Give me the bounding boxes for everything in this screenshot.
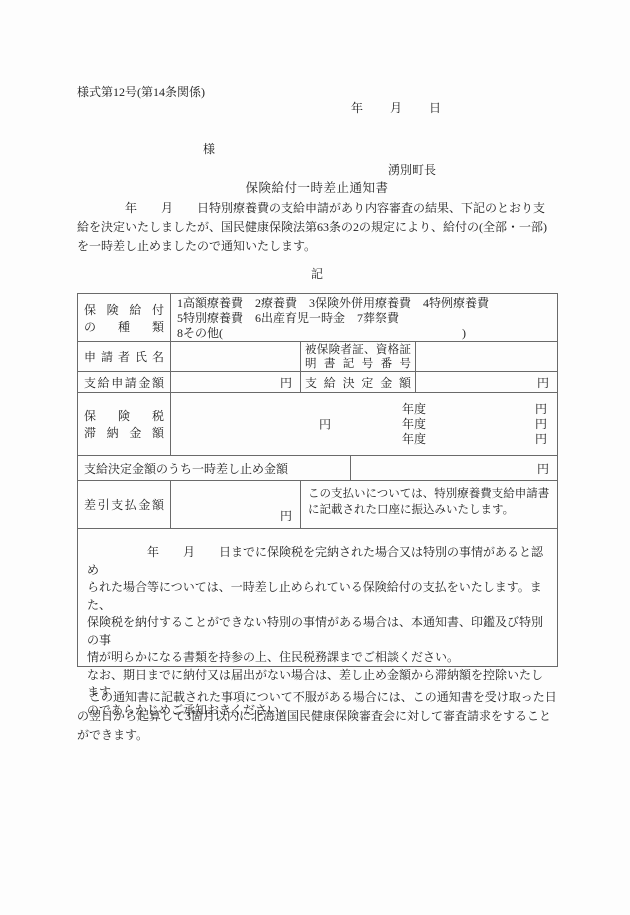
applied-amount-label: 支給申請金額 — [78, 372, 171, 392]
row-notes: 年 月 日までに保険税を完納された場合又は特別の事情があると認め られた場合等に… — [78, 528, 557, 666]
notes-line: られた場合等については、一時差し止められている保険給付の支払をいたします。また、 — [87, 579, 549, 614]
date-line: 年 月 日 — [77, 100, 557, 116]
decided-amount-value-cell: 円 — [416, 372, 557, 392]
addressee-suffix: 様 — [77, 141, 557, 157]
benefit-type-label: 保険給付 の種類 — [78, 294, 171, 341]
row-tax-arrears: 保険税 滞納金額 円 年度 円 年度 円 — [78, 392, 557, 455]
insured-cert-value-cell — [416, 342, 557, 371]
sender-name: 湧別町長 — [77, 162, 557, 178]
document-title: 保険給付一時差止通知書 — [77, 180, 557, 197]
appeal-line: ができます。 — [77, 726, 557, 745]
intro-paragraph: 年 月 日特別療養費の支給申請があり内容審査の結果、下記のとおり支 給を決定いた… — [77, 199, 557, 256]
row-amounts: 支給申請金額 円 支給決定金額 円 — [78, 371, 557, 392]
decided-amount-label: 支給決定金額 — [301, 372, 416, 392]
ki-heading: 記 — [77, 266, 557, 282]
applicant-label: 申請者氏名 — [78, 342, 171, 371]
tax-arrears-label: 保険税 滞納金額 — [78, 393, 171, 455]
net-payment-label: 差引支払金額 — [78, 481, 171, 528]
applied-amount-value-cell: 円 — [171, 372, 301, 392]
benefit-options-line: 5特別療養費 6出産育児一時金 7葬祭費 — [177, 311, 551, 326]
appeal-line: この通知書に記載された事項について不服がある場合には、この通知書を受け取った日 — [77, 688, 557, 707]
row-net-payment: 差引支払金額 円 この支払いについては、特別療養費支給申請書 に記載された口座に… — [78, 480, 557, 528]
benefits-table: 保険給付 の種類 1高額療養費 2療養費 3保険外併用療養費 4特例療養費 5特… — [77, 293, 558, 667]
row-benefit-type: 保険給付 の種類 1高額療養費 2療養費 3保険外併用療養費 4特例療養費 5特… — [78, 294, 557, 341]
withheld-amount-value-cell: 円 — [351, 456, 557, 480]
notes-line: 年 月 日までに保険税を完納された場合又は特別の事情があると認め — [87, 544, 549, 579]
appeal-line: の翌日から起算して3箇月以内に北海道国民健康保険審査会に対して審査請求をすること — [77, 707, 557, 726]
row-withheld-amount: 支給決定金額のうち一時差し止め金額 円 — [78, 455, 557, 480]
appeal-paragraph: この通知書に記載された事項について不服がある場合には、この通知書を受け取った日 … — [77, 688, 557, 745]
net-payment-value-cell: 円 — [171, 481, 301, 528]
net-payment-note: この支払いについては、特別療養費支給申請書 に記載された口座に振込みいたします。 — [301, 481, 557, 528]
tax-arrears-years: 年度 円 年度 円 年度 円 — [402, 393, 557, 455]
applicant-value-cell — [171, 342, 301, 371]
notes-box: 年 月 日までに保険税を完納された場合又は特別の事情があると認め られた場合等に… — [78, 529, 557, 666]
withheld-amount-label: 支給決定金額のうち一時差し止め金額 — [78, 456, 351, 480]
tax-arrears-unit: 円 — [319, 416, 331, 433]
benefit-options-other: 8その他( ) — [177, 326, 551, 341]
intro-line: 年 月 日特別療養費の支給申請があり内容審査の結果、下記のとおり支 — [77, 199, 557, 218]
benefit-options-line: 1高額療養費 2療養費 3保険外併用療養費 4特例療養費 — [177, 296, 551, 311]
year-line: 年度 円 — [402, 402, 557, 417]
notes-line: 情が明らかになる書類を持参の上、住民税務課までご相談ください。 — [87, 649, 549, 667]
benefit-type-options: 1高額療養費 2療養費 3保険外併用療養費 4特例療養費 5特別療養費 6出産育… — [171, 294, 557, 341]
intro-line: 給を決定いたしましたが、国民健康保険法第63条の2の規定により、給付の(全部・一… — [77, 218, 557, 237]
year-line: 年度 円 — [402, 432, 557, 447]
document-page: 様式第12号(第14条関係) 年 月 日 様 湧別町長 保険給付一時差止通知書 … — [0, 0, 630, 915]
year-line: 年度 円 — [402, 417, 557, 432]
insured-cert-label: 被保険者証、資格証 明書記号番号 — [301, 342, 416, 371]
row-applicant: 申請者氏名 被保険者証、資格証 明書記号番号 — [78, 341, 557, 371]
notes-line: 保険税を納付することができない特別の事情がある場合は、本通知書、印鑑及び特別の事 — [87, 614, 549, 649]
tax-arrears-value-cell: 円 年度 円 年度 円 年度 円 — [171, 393, 557, 455]
form-number: 様式第12号(第14条関係) — [77, 84, 557, 100]
intro-line: を一時差し止めましたので通知いたします。 — [77, 237, 557, 256]
